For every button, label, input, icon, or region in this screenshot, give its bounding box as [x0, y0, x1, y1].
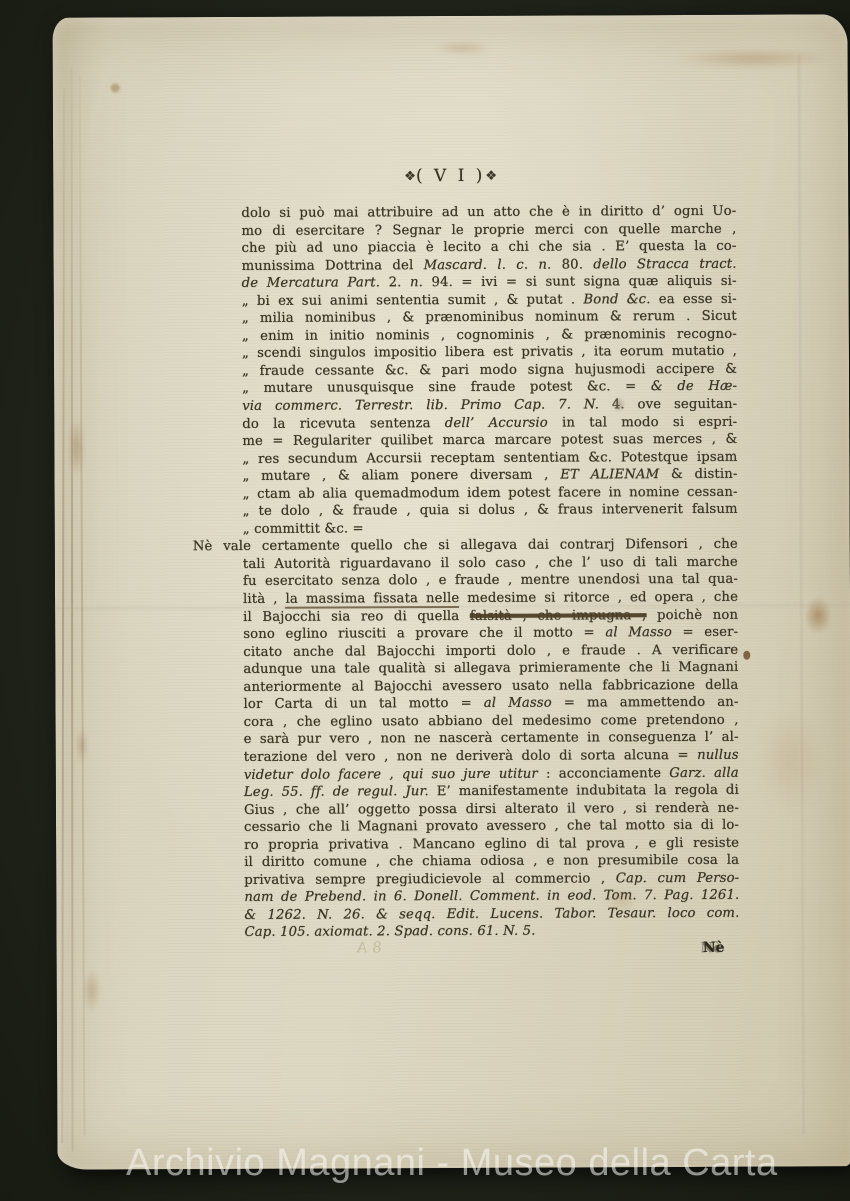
text-line: „ scendi singulos impositio libera est p…	[192, 343, 737, 363]
page-edge-line	[71, 68, 74, 1152]
text-line: „ mutare , & aliam ponere diversam , ET …	[192, 466, 737, 486]
text-line: Leg. 55. ff. de regul. Jur. E’ manifesta…	[194, 782, 739, 802]
text-line: via commerc. Terrestr. lib. Primo Cap. 7…	[192, 396, 737, 416]
paper-crease	[797, 54, 806, 1134]
text-line: „ milia nominibus , & prænominibus nomin…	[192, 308, 737, 328]
text-line: „ te dolo , & fraude , quia si dolus , &…	[193, 501, 738, 521]
text-line: lità , la massima fissata nelle medesime…	[193, 589, 738, 609]
book-page: ❖( V I )❖ dolo si può mai attribuire ad …	[52, 14, 850, 1169]
photo-background: { "colors":{ "background":"#20231a", "pa…	[0, 0, 850, 1201]
text-line: me = Regulariter quilibet marca marcare …	[192, 431, 737, 451]
catchword: Nè	[657, 940, 725, 956]
fleuron-ornament-icon: ❖	[404, 169, 416, 184]
text-line: Nè vale certamente quello che si allegav…	[193, 536, 738, 556]
stain	[673, 48, 833, 69]
page-number: ( V I )	[416, 166, 486, 186]
text-line: cessario che li Magnani provato avessero…	[194, 817, 739, 837]
fleuron-ornament-icon: ❖	[485, 169, 497, 184]
stain	[755, 704, 825, 814]
bleedthrough-signature: 8 A	[356, 938, 383, 956]
page-number-header: ❖( V I )❖	[53, 164, 848, 187]
text-line: nam de Prebend. in 6. Donell. Comment. i…	[194, 887, 739, 907]
text-line: terazione del vero , non ne deriverà dol…	[194, 747, 739, 767]
text-line: dolo si può mai attribuire ad un atto ch…	[191, 203, 736, 223]
page-edge-line	[61, 88, 65, 1144]
text-line: Cap. 105. axiomat. 2. Spad. cons. 61. N.…	[194, 922, 739, 942]
stain	[433, 42, 493, 54]
text-line: sono eglino riusciti a provare che il mo…	[193, 624, 738, 644]
text-line: & 1262. N. 26. & seqq. Edit. Lucens. Tab…	[194, 905, 739, 925]
text-line: adunque una tale qualità si allegava pri…	[193, 659, 738, 679]
archive-watermark: Archivio Magnani - Museo della Carta	[126, 1142, 778, 1185]
text-line: lor Carta di un tal motto = al Masso = m…	[193, 694, 738, 714]
stain	[805, 597, 831, 633]
stain	[83, 968, 101, 1014]
text-line: de Mercatura Part. 2. n. 94. = ivi = si …	[192, 273, 737, 293]
text-line: il diritto comune , che chiama odiosa , …	[194, 852, 739, 872]
stain	[111, 83, 120, 92]
text-line: che più ad uno piaccia è lecito a chi ch…	[191, 238, 736, 258]
stain	[743, 651, 750, 660]
page-text: dolo si può mai attribuire ad un atto ch…	[191, 203, 739, 942]
page-edge-line	[79, 76, 85, 1136]
